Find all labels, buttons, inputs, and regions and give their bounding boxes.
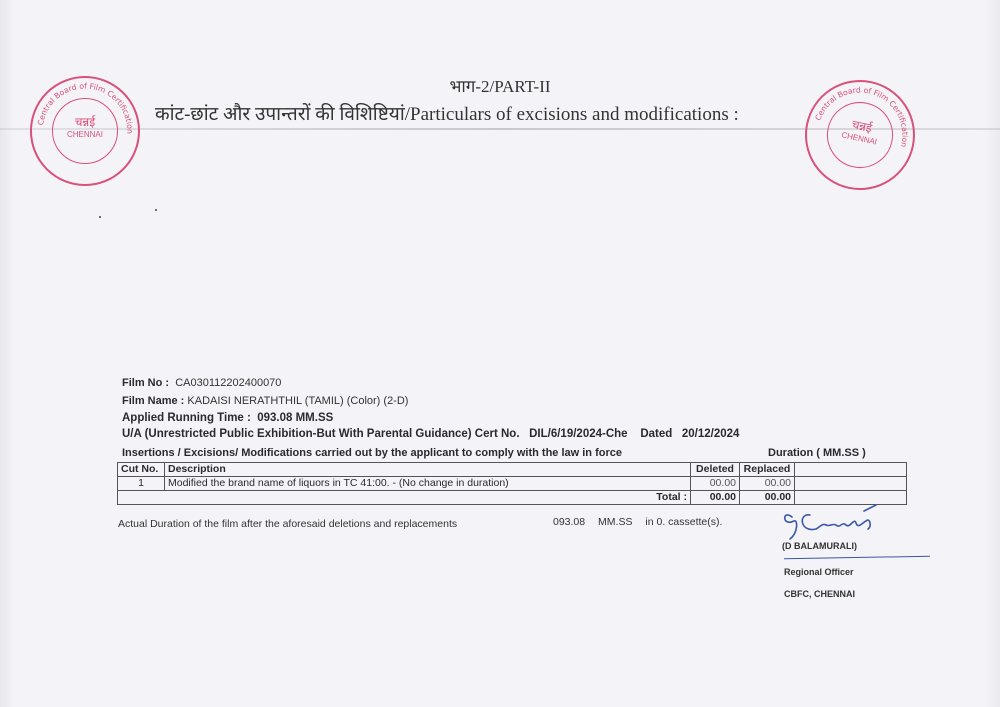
actual-duration-value: 093.08	[553, 516, 585, 528]
total-label: Total :	[118, 491, 691, 505]
certificate-category: U/A (Unrestricted Public Exhibition-But …	[122, 428, 520, 440]
actual-duration-value-line: 093.08 MM.SS in 0. cassette(s).	[553, 516, 732, 528]
dated-value: 20/12/2024	[682, 428, 740, 440]
modifications-heading: Insertions / Excisions/ Modifications ca…	[122, 447, 622, 459]
total-deleted: 00.00	[691, 491, 740, 505]
actual-duration-unit: MM.SS	[598, 516, 632, 528]
film-name-line: Film Name : KADAISI NERATHTHIL (TAMIL) (…	[122, 395, 408, 407]
paper-speck	[155, 209, 157, 211]
running-time-line: Applied Running Time : 093.08 MM.SS	[122, 412, 333, 424]
film-name-value: KADAISI NERATHTHIL (TAMIL) (Color) (2-D)	[187, 395, 408, 407]
col-replaced: Replaced	[740, 463, 795, 477]
cell-deleted: 00.00	[691, 477, 740, 491]
col-cut-no: Cut No.	[118, 463, 165, 477]
cell-description: Modified the brand name of liquors in TC…	[165, 477, 691, 491]
cell-empty	[795, 477, 907, 491]
dated-label: Dated	[640, 428, 672, 440]
col-deleted: Deleted	[691, 463, 740, 477]
table-row: 1 Modified the brand name of liquors in …	[118, 477, 907, 491]
cell-replaced: 00.00	[740, 477, 795, 491]
stamp-inner-ring: चन्नई CHENNAI	[52, 98, 118, 164]
paper-speck	[99, 216, 101, 218]
table-header-row: Cut No. Description Deleted Replaced	[118, 463, 907, 477]
film-no-label: Film No :	[122, 377, 169, 389]
actual-duration-label: Actual Duration of the film after the af…	[118, 518, 457, 530]
signature-icon	[780, 503, 890, 543]
part-heading: भाग-2/PART-II	[0, 74, 1000, 97]
film-name-label: Film Name :	[122, 395, 184, 407]
stamp-city-hindi: चन्नई	[53, 113, 117, 130]
film-no-line: Film No : CA030112202400070	[122, 377, 281, 389]
signature-underline	[784, 556, 930, 560]
excisions-table: Cut No. Description Deleted Replaced 1 M…	[117, 462, 907, 505]
document-title: कांट-छांट और उपान्तरों की विशिष्टियां/Pa…	[155, 100, 739, 126]
cassette-count: in 0. cassette(s).	[645, 516, 722, 528]
film-no-value: CA030112202400070	[175, 377, 281, 389]
certificate-line: U/A (Unrestricted Public Exhibition-But …	[122, 428, 739, 440]
signatory-name: (D BALAMURALI)	[782, 541, 857, 551]
running-time-label: Applied Running Time :	[122, 412, 251, 424]
cell-cut-no: 1	[118, 477, 165, 491]
col-empty	[795, 463, 907, 477]
col-description: Description	[165, 463, 691, 477]
running-time-value: 093.08 MM.SS	[257, 412, 333, 424]
cert-no-value: DIL/6/19/2024-Che	[529, 428, 627, 440]
duration-heading: Duration ( MM.SS )	[768, 447, 866, 459]
signatory-office: CBFC, CHENNAI	[784, 589, 855, 599]
signatory-title: Regional Officer	[784, 567, 854, 577]
stamp-city-english: CHENNAI	[53, 130, 117, 139]
